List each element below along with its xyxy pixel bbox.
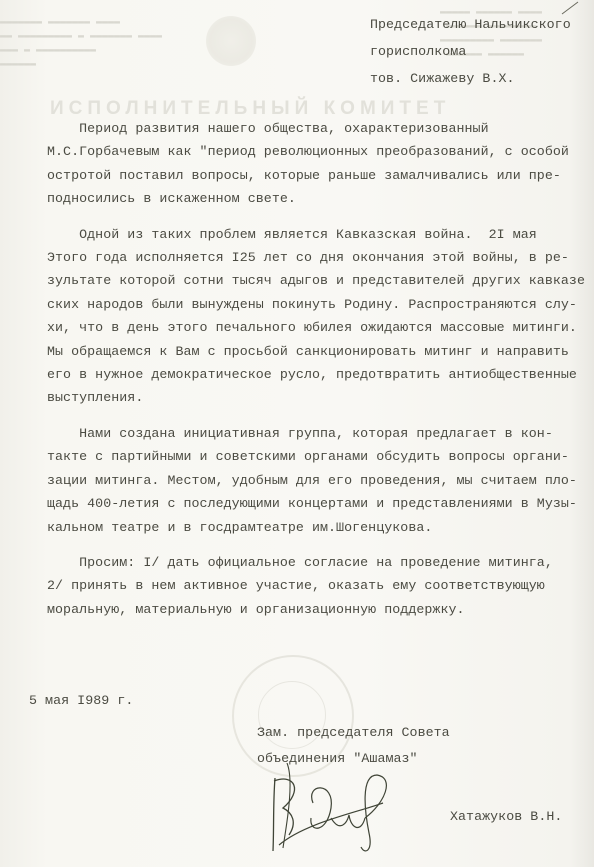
body-line: Одной из таких проблем является Кавказск… [47,223,585,246]
body-line: его в нужное демократическое русло, пред… [47,363,585,386]
addressee-line: тов. Сижажеву В.Х. [370,65,571,92]
letter-body: Период развития нашего общества, охаракт… [47,117,585,621]
faint-emblem-showthrough [206,16,256,66]
letter-date: 5 мая I989 г. [29,689,133,712]
body-line: Просим: I/ дать официальное согласие на … [47,551,585,574]
body-line: ских народов были вынуждены покинуть Род… [47,293,585,316]
body-line: 2/ принять в нем активное участие, оказа… [47,574,585,597]
letter-page: ▬▬▬▬▬▬▬ ▬▬▬▬▬▬▬ ▬▬▬▬ ▬▬ ▬▬▬▬▬▬▬▬▬ ▬ ▬▬▬▬… [0,0,594,867]
body-line: Этого года исполняется I25 лет со дня ок… [47,246,585,269]
body-line: зультате которой сотни тысяч адыгов и пр… [47,269,585,292]
addressee-line: горисполкома [370,38,571,65]
body-line: остротой поставил вопросы, которые раньш… [47,164,585,187]
body-line: хи, что в день этого печального юбилея о… [47,316,585,339]
body-line: М.С.Горбачевым как "период революционных… [47,140,585,163]
faint-letterhead-left: ▬▬▬▬▬▬▬ ▬▬▬▬▬▬▬ ▬▬▬▬ ▬▬ ▬▬▬▬▬▬▬▬▬ ▬ ▬▬▬▬… [0,16,162,72]
body-line: выступления. [47,386,585,409]
body-line: зации митинга. Местом, удобным для его п… [47,469,585,492]
addressee-block: Председателю Нальчикскогогорисполкоматов… [370,11,571,92]
handwritten-signature [265,763,415,858]
signature-title-line: Зам. председателя Совета [257,720,450,746]
body-line: Мы обращаемся к Вам с просьбой санкциони… [47,340,585,363]
body-line: такте с партийными и советскими органами… [47,445,585,468]
signer-name: Хатажуков В.Н. [450,805,562,828]
body-line: моральную, материальную и организационну… [47,598,585,621]
body-line: Период развития нашего общества, охаракт… [47,117,585,140]
addressee-line: Председателю Нальчикского [370,11,571,38]
body-line: Нами создана инициативная группа, котора… [47,422,585,445]
body-line: подносились в искаженном свете. [47,187,585,210]
body-line: щадь 400-летия с последующими концертами… [47,492,585,515]
body-line: кальном театре и в госдрамтеатре им.Шоге… [47,516,585,539]
